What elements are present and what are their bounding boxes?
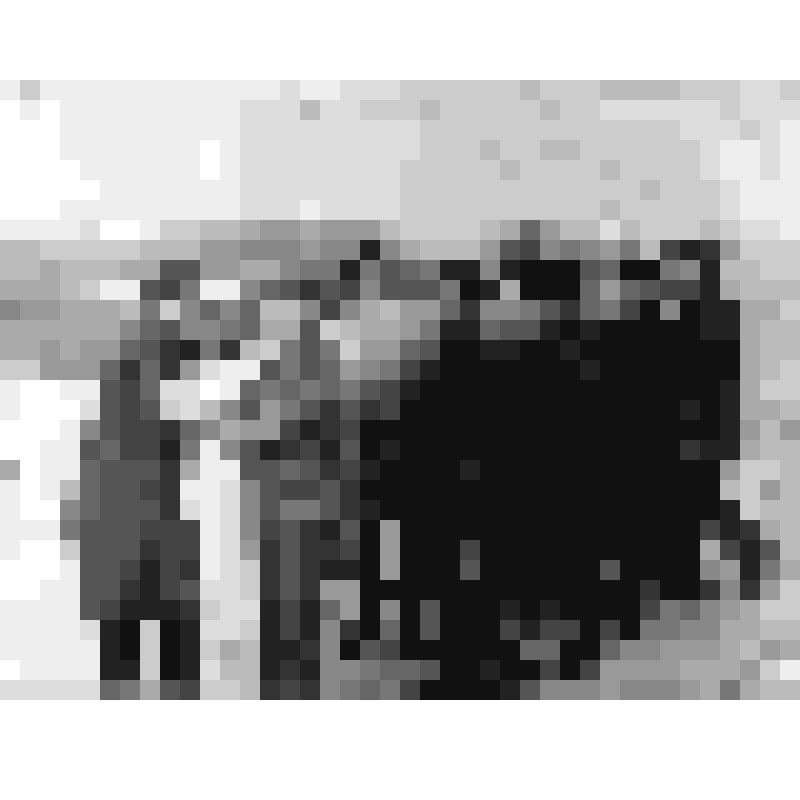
pixelated-photo [0, 0, 800, 800]
photo-canvas [0, 0, 800, 800]
